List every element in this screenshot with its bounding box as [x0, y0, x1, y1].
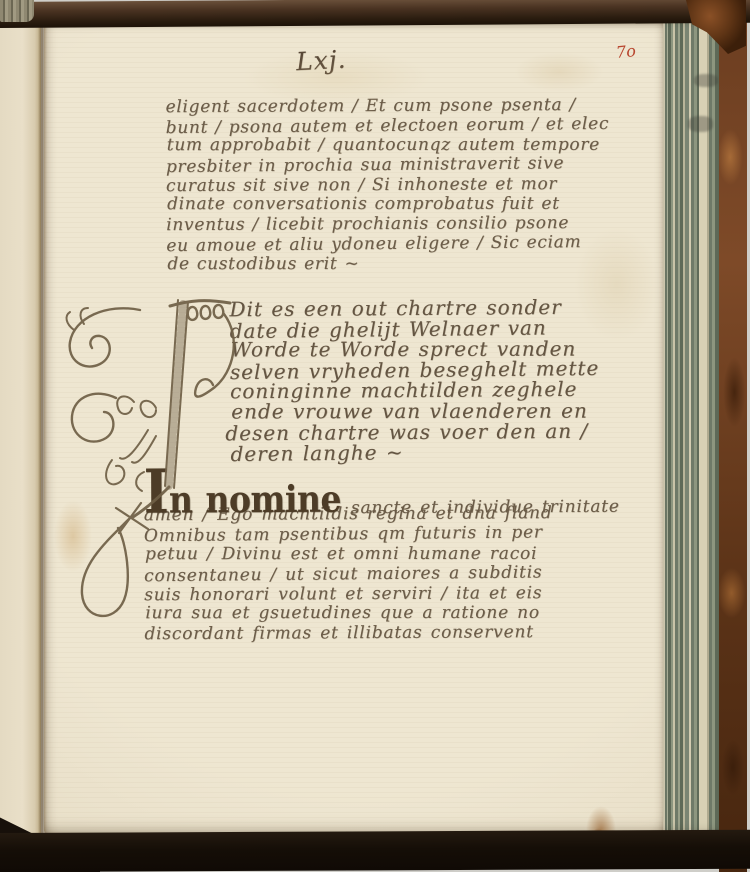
gutter-shadow: [38, 24, 47, 834]
text-line: curatus sit sive non / Si inhoneste et m…: [166, 174, 610, 196]
fore-edge-mark: [688, 116, 713, 132]
folio-number-rubric: 7o: [615, 41, 637, 62]
text-line: selven vryheden beseghelt mette: [230, 356, 600, 381]
text-line: date die ghelijt Welnaer van: [230, 315, 600, 340]
manuscript-photo: Lxj. 7o eligent sacerdotem / Et cum pson…: [0, 0, 750, 872]
leather-binding-edge: [719, 0, 747, 872]
binding-shadow-bottom: [0, 830, 750, 872]
page-stain: [514, 52, 604, 92]
dutch-paragraph: Dit es een out chartre sonder date die g…: [229, 295, 600, 462]
text-line: de custodibus erit ~: [167, 253, 610, 273]
fore-edge-page-stack: [663, 16, 722, 842]
text-line: dinate conversationis comprobatus fuit e…: [167, 194, 610, 214]
manuscript-page: Lxj. 7o eligent sacerdotem / Et cum pson…: [44, 22, 664, 836]
text-line: Dit es een out chartre sonder: [229, 295, 599, 318]
page-header-numeral: Lxj.: [295, 45, 347, 77]
text-line: tum approbabit / quantocunqz autem tempo…: [167, 135, 610, 155]
text-line: Worde te Worde sprect vanden: [231, 337, 600, 359]
text-line: eu amoue et aliu ydoneu eligere / Sic ec…: [166, 232, 610, 256]
latin-paragraph-1: eligent sacerdotem / Et cum psone psenta…: [166, 95, 610, 275]
decorated-initial-flourish: [56, 290, 240, 674]
text-line: ende vrouwe van vlaenderen en: [231, 398, 600, 420]
fore-edge-mark: [694, 74, 718, 87]
text-line: presbiter in prochia sua ministraverit s…: [166, 153, 610, 177]
headband: [0, 0, 34, 22]
left-page-edge: [0, 24, 41, 836]
